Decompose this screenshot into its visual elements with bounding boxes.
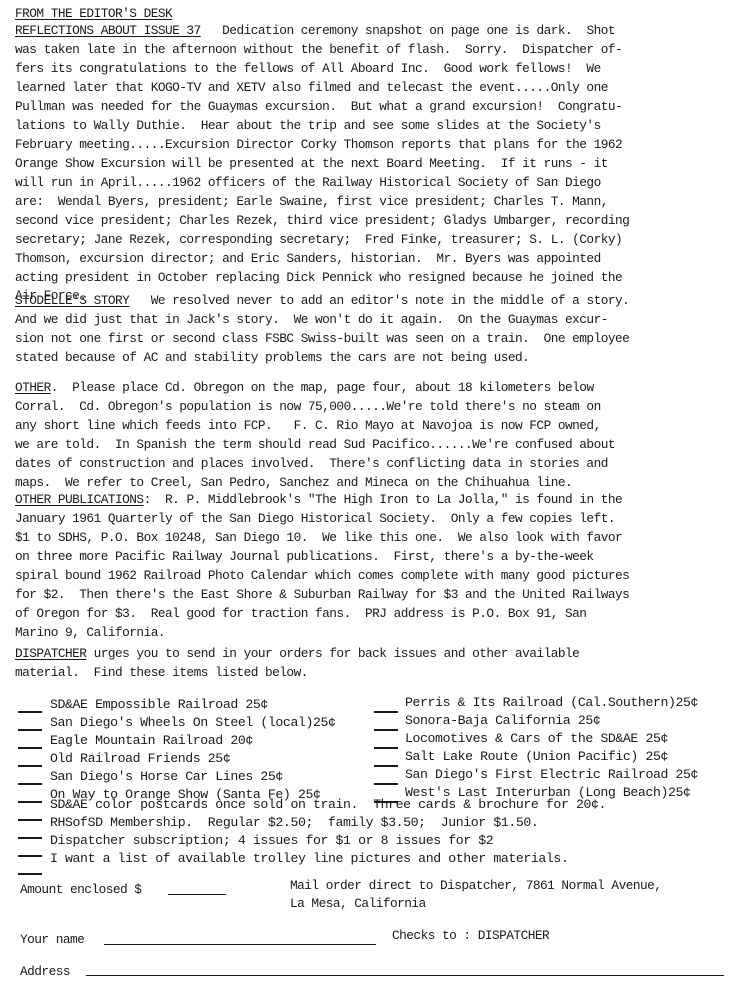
order-item: SD&AE color postcards once sold on train…: [50, 796, 606, 814]
mail-order-address-line1: Mail order direct to Dispatcher, 7861 No…: [290, 876, 661, 895]
paragraph-line: And we did just that in Jack's story. We…: [15, 310, 608, 329]
order-checkbox-blank[interactable]: [18, 711, 42, 713]
publications-first-line: OTHER PUBLICATIONS: R. P. Middlebrook's …: [15, 490, 622, 509]
paragraph-line: . Please place Cd. Obregon on the map, p…: [51, 380, 594, 395]
paragraph-line: stated because of AC and stability probl…: [15, 348, 529, 367]
paragraph-line: Orange Show Excursion will be presented …: [15, 154, 608, 173]
paragraph-line: material. Find these items listed below.: [15, 663, 308, 682]
paragraph-line: lations to Wally Duthie. Hear about the …: [15, 116, 601, 135]
order-checkbox-blank[interactable]: [18, 837, 42, 839]
order-item: RHSofSD Membership. Regular $2.50; famil…: [50, 814, 538, 832]
order-item: Locomotives & Cars of the SD&AE 25¢: [405, 730, 668, 748]
order-item: San Diego's Wheels On Steel (local)25¢: [50, 714, 336, 732]
order-checkbox-blank[interactable]: [374, 783, 398, 785]
paragraph-line: are: Wendal Byers, president; Earle Swai…: [15, 192, 608, 211]
paragraph-line: fers its congratulations to the fellows …: [15, 59, 601, 78]
order-item: San Diego's First Electric Railroad 25¢: [405, 766, 698, 784]
order-item: Old Railroad Friends 25¢: [50, 750, 230, 768]
publications-heading: OTHER PUBLICATIONS: [15, 492, 144, 507]
amount-enclosed-label: Amount enclosed $: [20, 880, 141, 899]
order-checkbox-blank[interactable]: [18, 873, 42, 875]
address-field[interactable]: [86, 975, 724, 976]
paragraph-line: for $2. Then there's the East Shore & Su…: [15, 585, 629, 604]
paragraph-line: learned later that KOGO-TV and XETV also…: [15, 78, 608, 97]
amount-enclosed-field[interactable]: [168, 894, 226, 895]
order-checkbox-blank[interactable]: [18, 855, 42, 857]
order-checkbox-blank[interactable]: [18, 783, 42, 785]
checks-to-label: Checks to : DISPATCHER: [392, 926, 549, 945]
order-item: Salt Lake Route (Union Pacific) 25¢: [405, 748, 668, 766]
paragraph-line: Marino 9, California.: [15, 623, 165, 642]
order-checkbox-blank[interactable]: [374, 729, 398, 731]
order-item: San Diego's Horse Car Lines 25¢: [50, 768, 283, 786]
paragraph-line: Pullman was needed for the Guaymas excur…: [15, 97, 622, 116]
other-heading: OTHER: [15, 380, 51, 395]
your-name-label: Your name: [20, 930, 84, 949]
paragraph-line: sion not one first or second class FSBC …: [15, 329, 629, 348]
paragraph-line: will run in April.....1962 officers of t…: [15, 173, 601, 192]
paragraph-line: second vice president; Charles Rezek, th…: [15, 211, 629, 230]
paragraph-line: February meeting.....Excursion Director …: [15, 135, 622, 154]
dispatcher-heading: DISPATCHER: [15, 646, 86, 661]
paragraph-line: on three more Pacific Railway Journal pu…: [15, 547, 594, 566]
paragraph-line: any short line which feeds into FCP. F. …: [15, 416, 601, 435]
order-checkbox-blank[interactable]: [18, 801, 42, 803]
paragraph-line: urges you to send in your orders for bac…: [86, 646, 579, 661]
order-item: Dispatcher subscription; 4 issues for $1…: [50, 832, 493, 850]
reflections-first-line: REFLECTIONS ABOUT ISSUE 37 Dedication ce…: [15, 21, 615, 40]
paragraph-line: was taken late in the afternoon without …: [15, 40, 622, 59]
stodelle-first-line: STODELLE'S STORY We resolved never to ad…: [15, 291, 629, 310]
other-first-line: OTHER. Please place Cd. Obregon on the m…: [15, 378, 594, 397]
order-item: I want a list of available trolley line …: [50, 850, 568, 868]
paragraph-line: $1 to SDHS, P.O. Box 10248, San Diego 10…: [15, 528, 622, 547]
order-item: Perris & Its Railroad (Cal.Southern)25¢: [405, 694, 698, 712]
paragraph-line: Corral. Cd. Obregon's population is now …: [15, 397, 601, 416]
order-checkbox-blank[interactable]: [18, 765, 42, 767]
order-checkbox-blank[interactable]: [374, 765, 398, 767]
order-checkbox-blank[interactable]: [18, 747, 42, 749]
paragraph-line: Dedication ceremony snapshot on page one…: [222, 23, 615, 38]
newsletter-page: FROM THE EDITOR'S DESK REFLECTIONS ABOUT…: [0, 0, 743, 1000]
address-label: Address: [20, 962, 70, 981]
dispatcher-first-line: DISPATCHER urges you to send in your ord…: [15, 644, 579, 663]
order-item: SD&AE Empossible Railroad 25¢: [50, 696, 268, 714]
paragraph-line: dates of construction and places involve…: [15, 454, 608, 473]
paragraph-line: acting president in October replacing Di…: [15, 268, 622, 287]
editors-desk-title: FROM THE EDITOR'S DESK: [15, 6, 172, 21]
mail-order-address-line2: La Mesa, California: [290, 894, 426, 913]
paragraph-line: Thomson, excursion director; and Eric Sa…: [15, 249, 601, 268]
paragraph-line: We resolved never to add an editor's not…: [151, 293, 630, 308]
order-checkbox-blank[interactable]: [374, 711, 398, 713]
paragraph-line: spiral bound 1962 Railroad Photo Calenda…: [15, 566, 629, 585]
order-item: Sonora-Baja California 25¢: [405, 712, 600, 730]
order-checkbox-blank[interactable]: [18, 729, 42, 731]
order-item: Eagle Mountain Railroad 20¢: [50, 732, 253, 750]
paragraph-line: secretary; Jane Rezek, corresponding sec…: [15, 230, 622, 249]
stodelle-heading: STODELLE'S STORY: [15, 293, 129, 308]
paragraph-line: we are told. In Spanish the term should …: [15, 435, 615, 454]
paragraph-line: : R. P. Middlebrook's "The High Iron to …: [144, 492, 623, 507]
your-name-field[interactable]: [104, 944, 376, 945]
paragraph-line: of Oregon for $3. Real good for traction…: [15, 604, 586, 623]
reflections-heading: REFLECTIONS ABOUT ISSUE 37: [15, 23, 201, 38]
order-checkbox-blank[interactable]: [374, 747, 398, 749]
paragraph-line: January 1961 Quarterly of the San Diego …: [15, 509, 615, 528]
order-checkbox-blank[interactable]: [18, 819, 42, 821]
